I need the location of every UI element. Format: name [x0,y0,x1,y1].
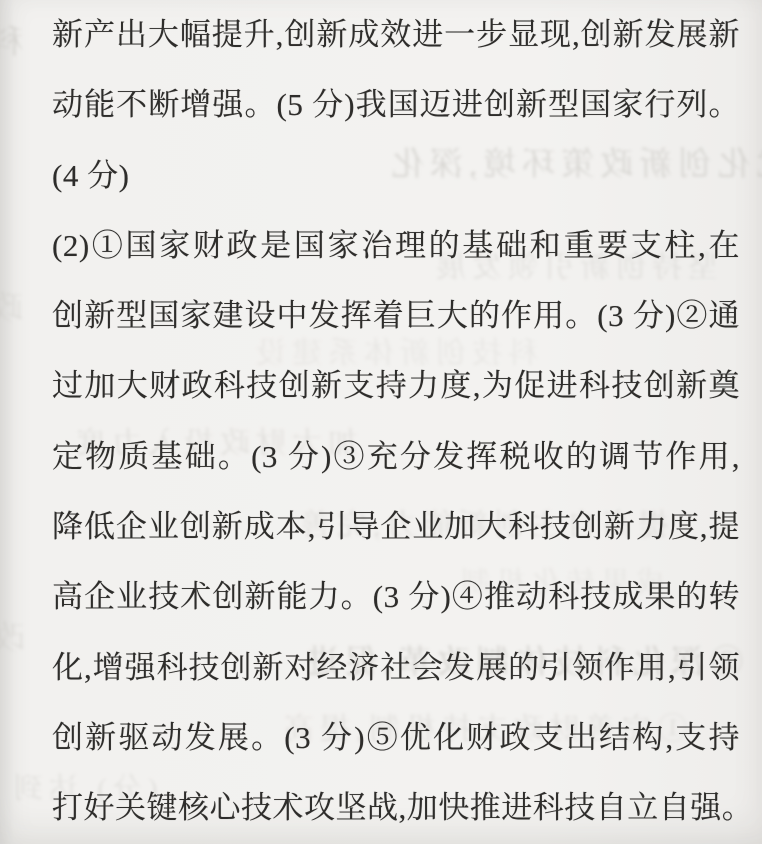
scanned-document-page: 优化创新政策环境,深化 坚持创新引领发展 科技创新体系建设 加大财政投入力度 提… [0,0,762,844]
text-line: 高企业技术创新能力。(3 分)④推动科技成果的转 [52,562,740,632]
bleed-through-text: 政 [0,282,23,329]
text-line: 动能不断增强。(5 分)我国迈进创新型国家行列。 [52,70,740,140]
bleed-through-text: 改 [0,612,25,659]
text-line: 定物质基础。(3 分)③充分发挥税收的调节作用, [52,422,740,492]
text-line: 降低企业创新成本,引导企业加大科技创新力度,提 [52,492,740,562]
text-line-score: (4 分) [52,141,740,211]
answer-text-block: 新产出大幅提升,创新成效进一步显现,创新发展新 动能不断增强。(5 分)我国迈进… [52,0,740,844]
text-line: 创新型国家建设中发挥着巨大的作用。(3 分)②通 [52,281,740,351]
text-line: 过加大财政科技创新支持力度,为促进科技创新奠 [52,351,740,421]
text-line-answer2-start: (2)①国家财政是国家治理的基础和重要支柱,在 [52,211,740,281]
bleed-through-text: 科 [0,16,23,63]
text-line: 打好关键核心技术攻坚战,加快推进科技自立自强。 [52,773,740,843]
text-line: 创新驱动发展。(3 分)⑤优化财政支出结构,支持 [52,703,740,773]
text-line: 化,增强科技创新对经济社会发展的引领作用,引领 [52,633,740,703]
text-line: 新产出大幅提升,创新成效进一步显现,创新发展新 [52,0,740,70]
